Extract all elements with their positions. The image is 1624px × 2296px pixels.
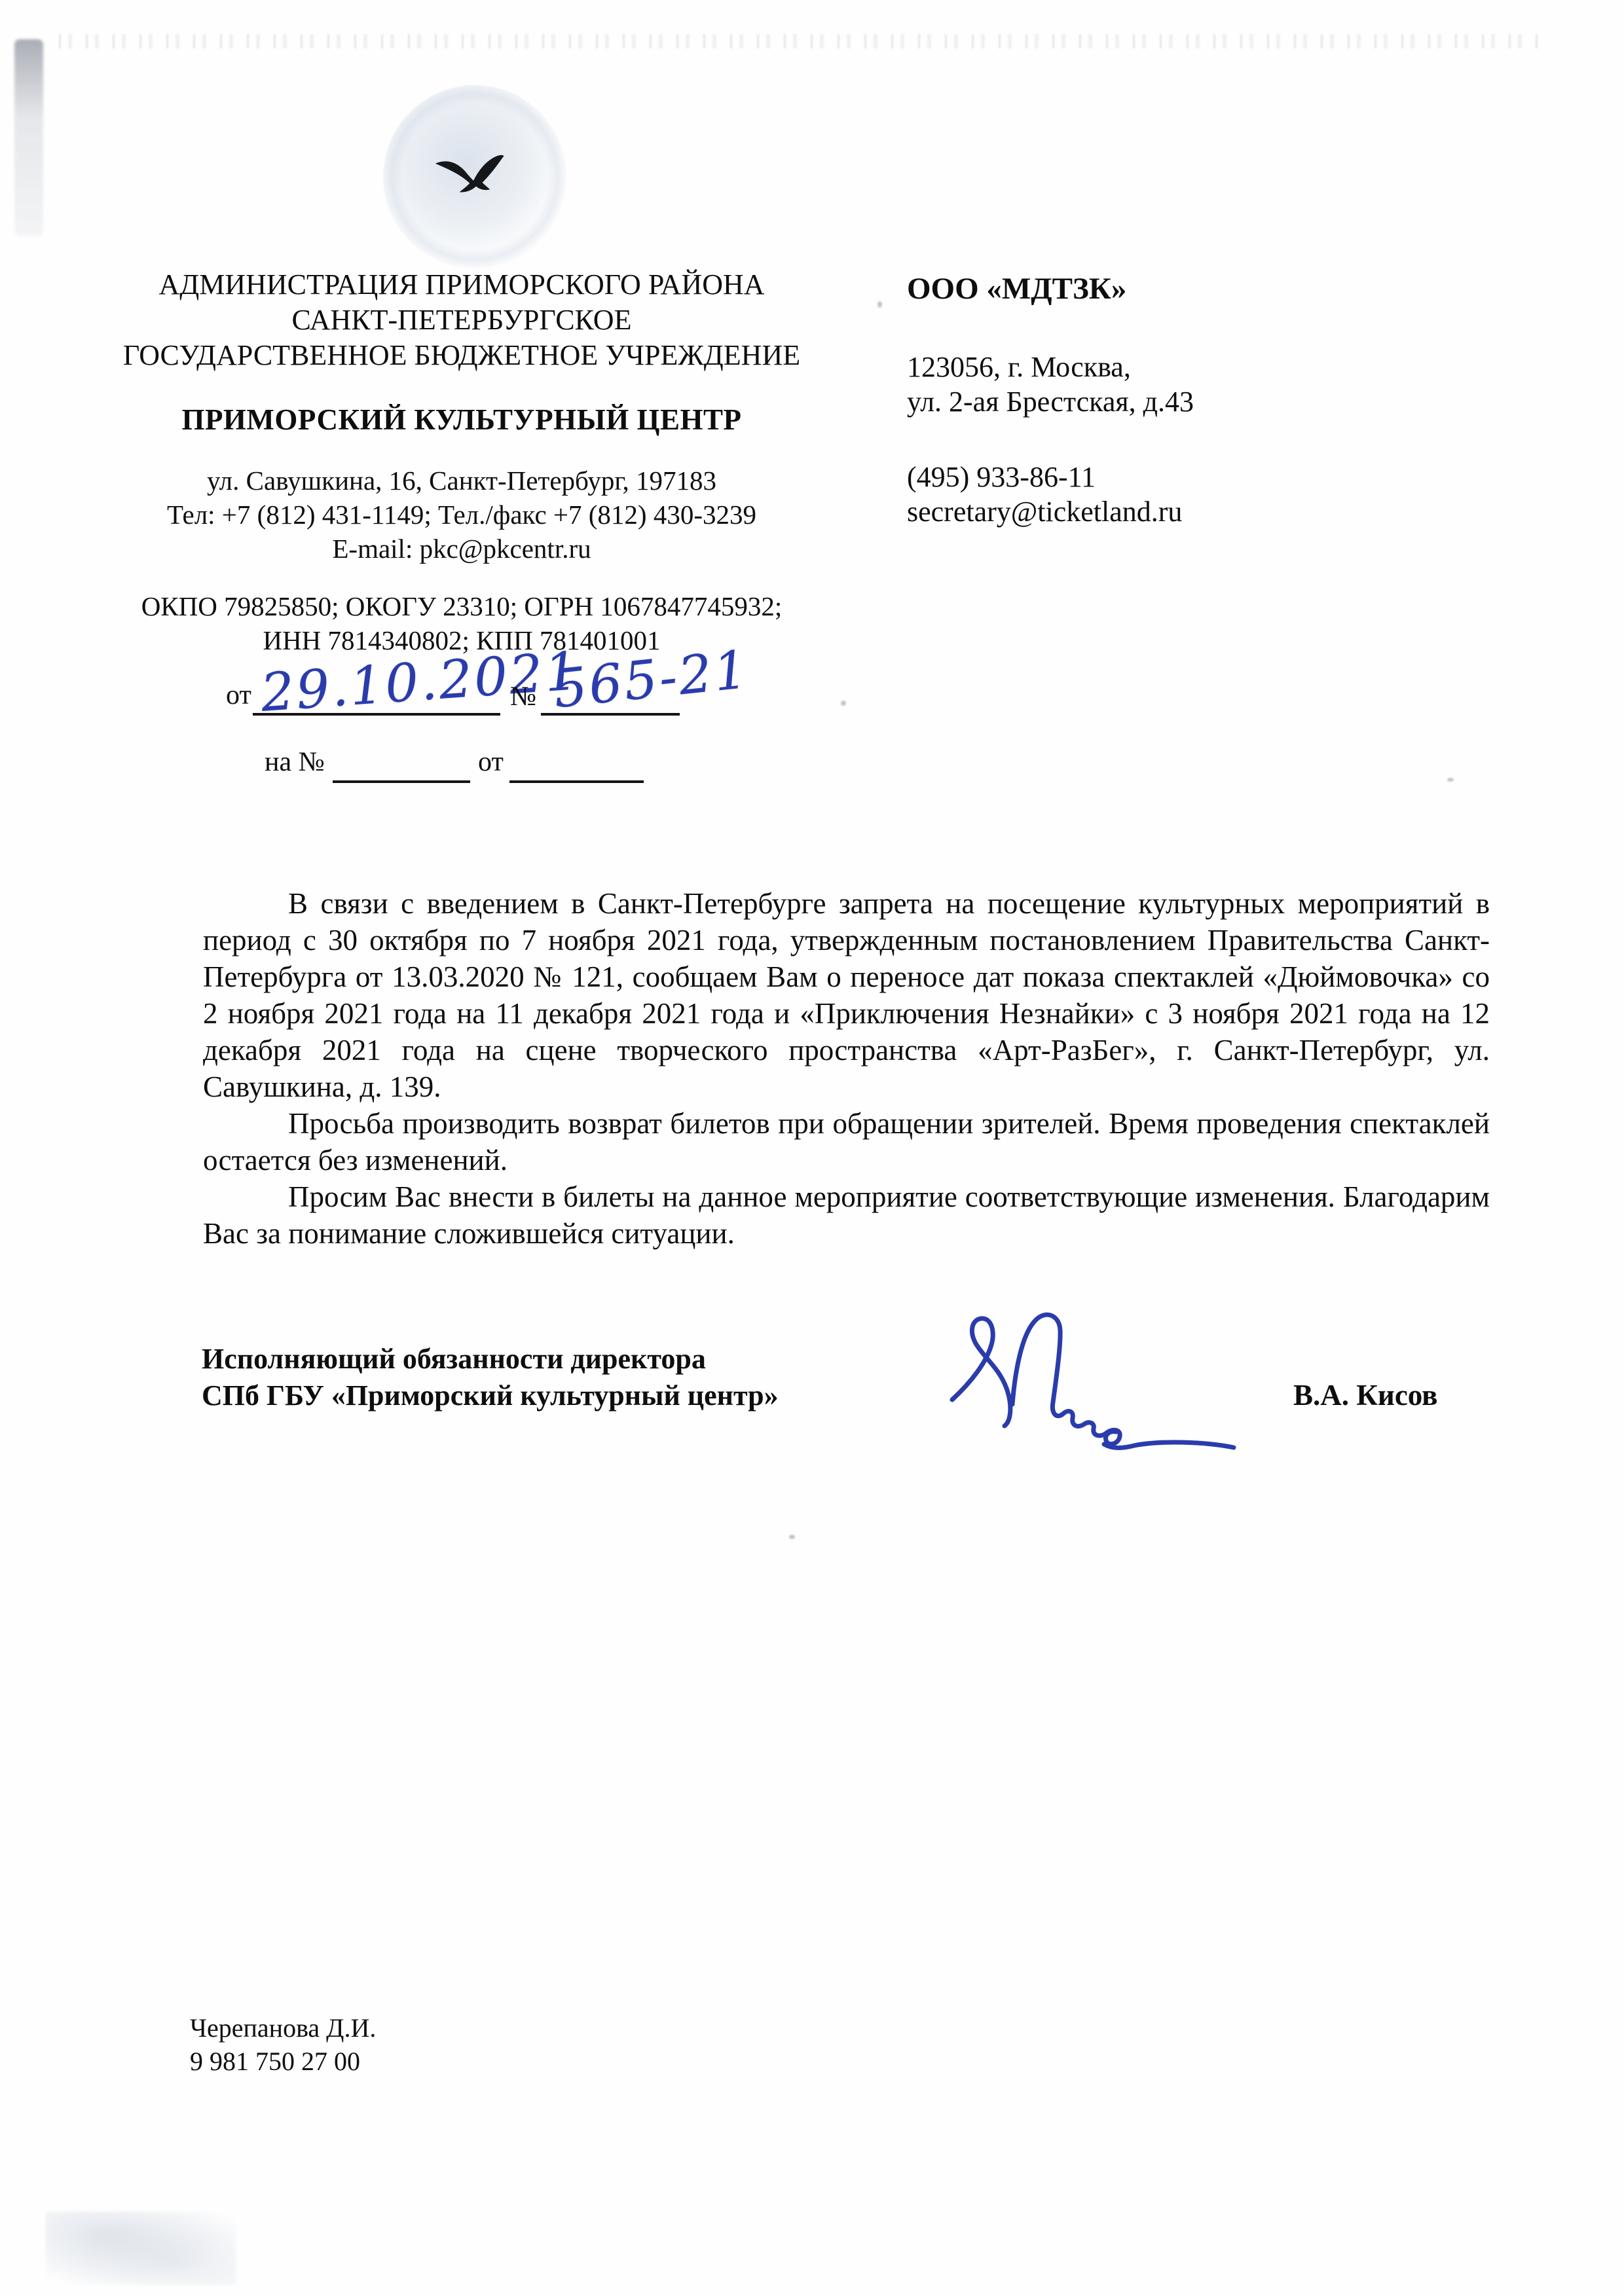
number-underline: [541, 713, 680, 716]
org-phones: Тел: +7 (812) 431-1149; Тел./факс +7 (81…: [121, 498, 802, 532]
org-codes-line-1: ОКПО 79825850; ОКОГУ 23310; ОГРН 1067847…: [121, 589, 802, 623]
scan-smudge-bottom: [46, 2212, 236, 2285]
signature-icon: [948, 1309, 1238, 1455]
scan-speck: [789, 1535, 795, 1539]
executor-name: Черепанова Д.И.: [190, 2011, 376, 2045]
executor-block: Черепанова Д.И. 9 981 750 27 00: [190, 2011, 376, 2078]
admin-line-1: АДМИНИСТРАЦИЯ ПРИМОРСКОГО РАЙОНА: [121, 267, 802, 302]
executor-phone: 9 981 750 27 00: [190, 2045, 376, 2078]
org-name: ПРИМОРСКИЙ КУЛЬТУРНЫЙ ЦЕНТР: [121, 402, 802, 437]
reply-date-underline: [509, 780, 644, 783]
signer-name: В.А. Кисов: [1293, 1378, 1437, 1412]
signer-title-line-2: СПб ГБУ «Приморский культурный центр»: [202, 1377, 987, 1414]
body-paragraph-1: В связи с введением в Санкт-Петербурге з…: [203, 885, 1490, 1105]
admin-line-3: ГОСУДАРСТВЕННОЕ БЮДЖЕТНОЕ УЧРЕЖДЕНИЕ: [121, 338, 802, 373]
signer-title-line-1: Исполняющий обязанности директора: [202, 1341, 987, 1377]
letterhead-right: ООО «МДТЗК» 123056, г. Москва, ул. 2-ая …: [907, 272, 1326, 529]
scanned-letter-page: АДМИНИСТРАЦИЯ ПРИМОРСКОГО РАЙОНА САНКТ-П…: [0, 0, 1624, 2296]
recipient-email: secretary@ticketland.ru: [907, 494, 1326, 529]
logo-watermark: [383, 85, 566, 268]
scan-smudge-left: [14, 39, 43, 236]
body-paragraph-3: Просим Вас внести в билеты на данное мер…: [203, 1178, 1490, 1252]
scan-noise-top: [59, 34, 1539, 48]
org-email: E-mail: pkc@pkcentr.ru: [121, 532, 802, 566]
bird-logo-icon: [433, 153, 515, 204]
reply-number-label: на №: [265, 746, 325, 778]
number-label: №: [510, 681, 536, 712]
scan-speck: [877, 301, 882, 308]
org-address: ул. Савушкина, 16, Санкт-Петербург, 1971…: [121, 464, 802, 498]
signature-ink: [948, 1309, 1238, 1455]
scan-speck: [1447, 778, 1454, 782]
recipient-address-2: ул. 2-ая Брестская, д.43: [907, 384, 1326, 419]
body-paragraph-2: Просьба производить возврат билетов при …: [203, 1105, 1490, 1178]
scan-speck: [841, 701, 846, 706]
reply-date-label: от: [478, 746, 504, 778]
recipient-phone: (495) 933-86-11: [907, 460, 1326, 494]
date-label: от: [226, 680, 251, 711]
recipient-address-1: 123056, г. Москва,: [907, 350, 1326, 384]
letter-body: В связи с введением в Санкт-Петербурге з…: [203, 885, 1490, 1252]
signer-title: Исполняющий обязанности директора СПб ГБ…: [202, 1341, 987, 1414]
recipient-name: ООО «МДТЗК»: [907, 272, 1326, 306]
letterhead-left: АДМИНИСТРАЦИЯ ПРИМОРСКОГО РАЙОНА САНКТ-П…: [121, 267, 802, 657]
date-underline: [253, 713, 500, 716]
reply-number-underline: [333, 780, 470, 783]
admin-line-2: САНКТ-ПЕТЕРБУРГСКОЕ: [121, 302, 802, 338]
